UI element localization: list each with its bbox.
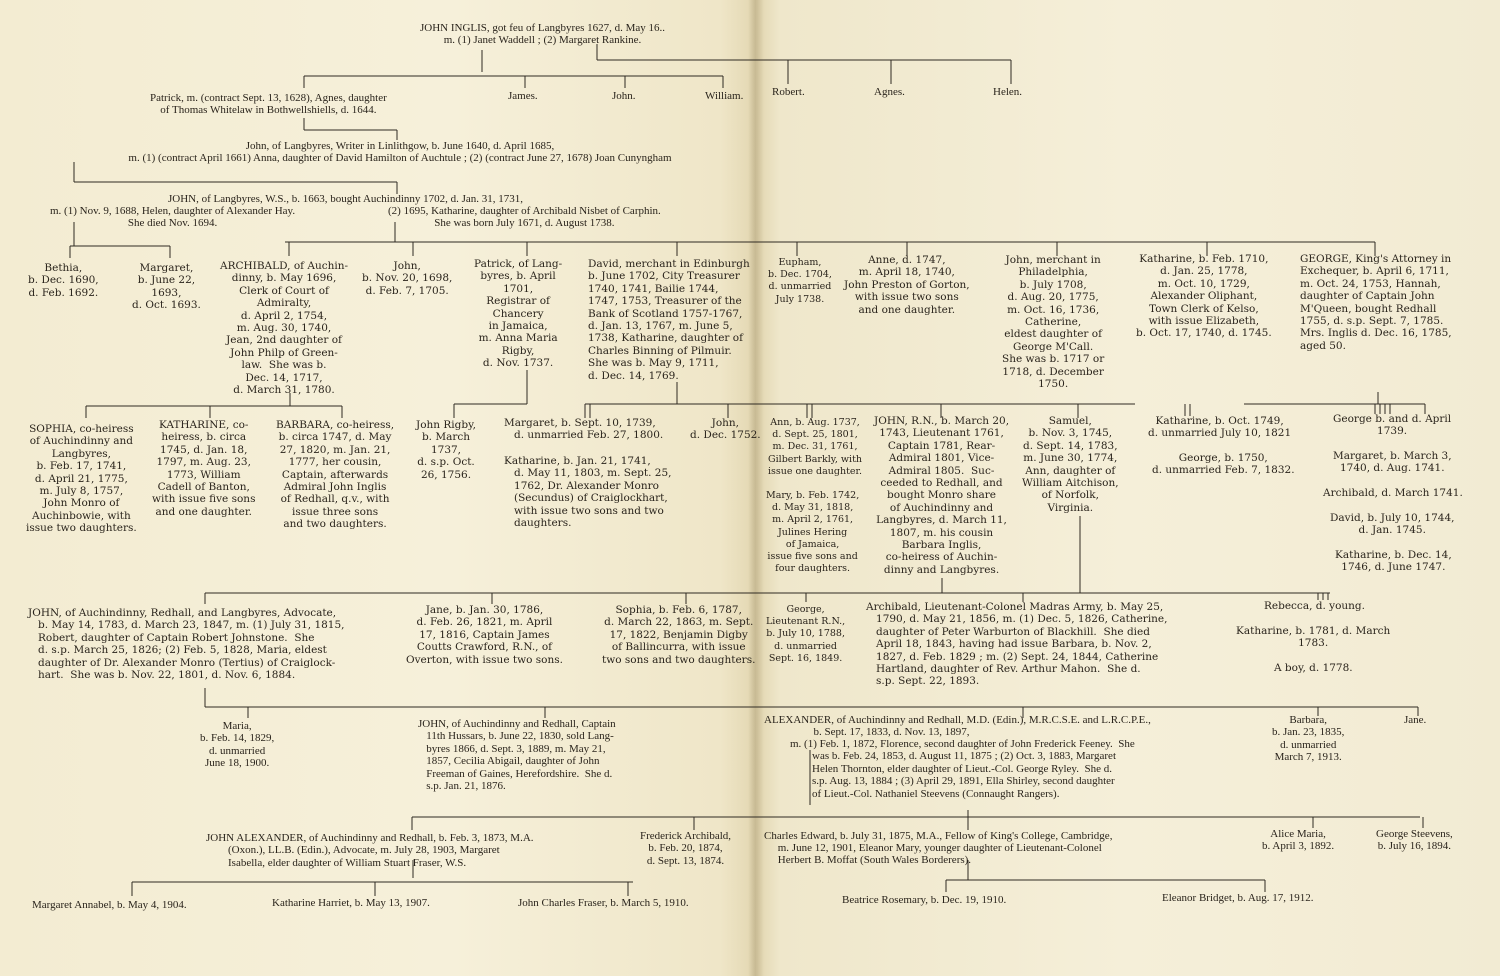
person-eleanor-bridget: Eleanor Bridget, b. Aug. 17, 1912. [1162, 892, 1314, 904]
person-archibald: ARCHIBALD, of Auchin- dinny, b. May 1696… [220, 260, 348, 396]
person-archibald-madras: Archibald, Lieutenant-Colonel Madras Arm… [866, 601, 1168, 688]
person-rebecca: Rebecca, d. young. [1264, 600, 1365, 612]
person-charles-edward: Charles Edward, b. July 31, 1875, M.A., … [764, 830, 1112, 867]
person-john-philadelphia: John, merchant in Philadelphia, b. July … [1002, 254, 1104, 390]
person-mary-1742: Mary, b. Feb. 1742, d. May 31, 1818, m. … [766, 490, 859, 575]
john-ws-marriage-1: m. (1) Nov. 9, 1688, Helen, daughter of … [50, 205, 295, 230]
person-john-charles-fraser: John Charles Fraser, b. March 5, 1910. [518, 897, 689, 909]
person-john-rn: JOHN, R.N., b. March 20, 1743, Lieutenan… [874, 415, 1009, 576]
john-ws-marriage-2: (2) 1695, Katharine, daughter of Archiba… [388, 205, 661, 230]
person-katharine-1781: Katharine, b. 1781, d. March 1783. [1236, 625, 1390, 650]
person-agnes: Agnes. [874, 86, 905, 98]
person-beatrice-rosemary: Beatrice Rosemary, b. Dec. 19, 1910. [842, 894, 1006, 906]
person-ann-1737: Ann, b. Aug. 1737, d. Sept. 25, 1801, m.… [768, 417, 862, 478]
person-john-d1752: John, d. Dec. 1752. [690, 417, 761, 442]
person-katharine-harriet: Katharine Harriet, b. May 13, 1907. [272, 897, 430, 909]
person-margaret-1740: Margaret, b. March 3, 1740, d. Aug. 1741… [1333, 450, 1452, 475]
person-sophia: SOPHIA, co-heiress of Auchindinny and La… [26, 423, 137, 535]
person-george-1739: George b. and d. April 1739. [1333, 413, 1451, 438]
person-john-alexander: JOHN ALEXANDER, of Auchindinny and Redha… [206, 832, 534, 869]
person-alice-maria: Alice Maria, b. April 3, 1892. [1262, 828, 1334, 853]
person-william: William. [705, 90, 743, 102]
person-jane-1786: Jane, b. Jan. 30, 1786, d. Feb. 26, 1821… [406, 604, 563, 666]
person-samuel: Samuel, b. Nov. 3, 1745, d. Sept. 14, 17… [1022, 415, 1119, 514]
person-margaret-1693: Margaret, b. June 22, 1693, d. Oct. 1693… [132, 262, 201, 312]
person-george-1788: George, Lieutenant R.N., b. July 10, 178… [766, 604, 845, 665]
person-john-hussars: JOHN, of Auchindinny and Redhall, Captai… [418, 718, 616, 792]
person-katharine-1741: Katharine, b. Jan. 21, 1741, d. May 11, … [504, 455, 671, 529]
person-john-inglis: JOHN INGLIS, got feu of Langbyres 1627, … [420, 22, 665, 47]
person-barbara-1835: Barbara, b. Jan. 23, 1835, d. unmarried … [1272, 714, 1344, 764]
person-george-steevens: George Steevens, b. July 16, 1894. [1376, 828, 1453, 853]
person-patrick-1701: Patrick, of Lang- byres, b. April 1701, … [474, 258, 562, 370]
person-david: David, merchant in Edinburgh, b. June 17… [588, 258, 750, 382]
person-george-1750: George, b. 1750, d. unmarried Feb. 7, 18… [1152, 452, 1295, 477]
person-david-1744: David, b. July 10, 1744, d. Jan. 1745. [1330, 512, 1454, 537]
person-alexander-md: ALEXANDER, of Auchindinny and Redhall, M… [764, 714, 1151, 739]
person-robert: Robert. [772, 86, 805, 98]
person-sophia-1787: Sophia, b. Feb. 6, 1787, d. March 22, 18… [602, 604, 755, 666]
person-john-writer: John, of Langbyres, Writer in Linlithgow… [50, 140, 750, 165]
person-john-ws: JOHN, of Langbyres, W.S., b. 1663, bough… [168, 193, 523, 205]
person-john-1698: John, b. Nov. 20, 1698, d. Feb. 7, 1705. [362, 260, 452, 297]
person-maria-1829: Maria, b. Feb. 14, 1829, d. unmarried Ju… [200, 720, 274, 770]
person-margaret-1739: Margaret, b. Sept. 10, 1739, d. unmarrie… [504, 417, 663, 442]
person-katharine-1746: Katharine, b. Dec. 14, 1746, d. June 174… [1335, 549, 1452, 574]
person-a-boy: A boy, d. 1778. [1274, 662, 1353, 674]
person-frederick-archibald: Frederick Archibald, b. Feb. 20, 1874, d… [640, 830, 731, 867]
person-eupham: Eupham, b. Dec. 1704, d. unmarried July … [768, 257, 832, 306]
person-katharine-coheiress: KATHARINE, co- heiress, b. circa 1745, d… [152, 419, 255, 518]
person-katharine-1749: Katharine, b. Oct. 1749, d. unmarried Ju… [1148, 415, 1291, 440]
person-george-1711: GEORGE, King's Attorney in Exchequer, b.… [1300, 253, 1452, 352]
alexander-md-marriages: m. (1) Feb. 1, 1872, Florence, second da… [790, 738, 1135, 800]
person-patrick: Patrick, m. (contract Sept. 13, 1628), A… [150, 92, 387, 117]
person-bethia: Bethia, b. Dec. 1690, d. Feb. 1692. [28, 262, 99, 299]
person-helen: Helen. [993, 86, 1022, 98]
person-james: James. [508, 90, 538, 102]
person-anne: Anne, d. 1747, m. April 18, 1740, John P… [844, 254, 970, 316]
person-john: John. [612, 90, 636, 102]
person-jane: Jane. [1404, 714, 1426, 726]
person-barbara: BARBARA, co-heiress, b. circa 1747, d. M… [276, 419, 394, 531]
person-margaret-annabel: Margaret Annabel, b. May 4, 1904. [32, 899, 187, 911]
person-katharine-1710: Katharine, b. Feb. 1710, d. Jan. 25, 177… [1136, 253, 1272, 340]
person-john-advocate: JOHN, of Auchindinny, Redhall, and Langb… [28, 607, 345, 681]
person-archibald-1741: Archibald, d. March 1741. [1323, 487, 1463, 499]
person-john-rigby: John Rigby, b. March 1737, d. s.p. Oct. … [416, 419, 476, 481]
